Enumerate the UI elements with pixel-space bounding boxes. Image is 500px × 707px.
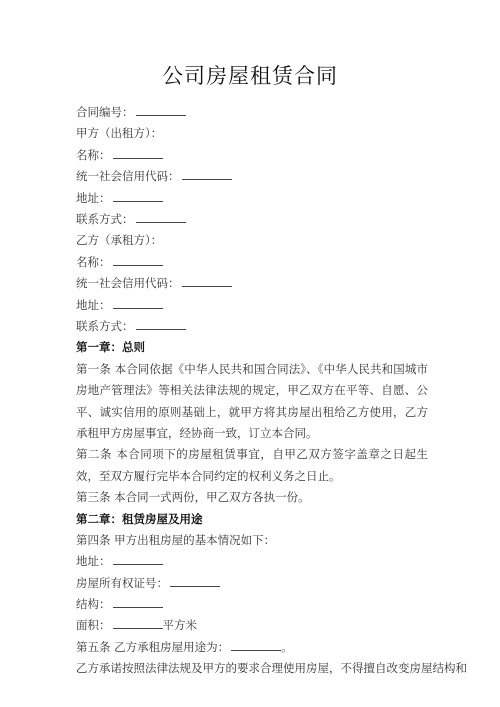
party-a-credit-code-field: 统一社会信用代码： xyxy=(76,166,428,187)
article-1: 第一条 本合同依据《中华人民共和国合同法》、《中华人民共和国城市房地产管理法》等… xyxy=(76,359,428,445)
chapter-2-heading: 第二章：租赁房屋及用途 xyxy=(76,509,428,530)
blank-line xyxy=(113,253,163,266)
party-b-address-field: 地址： xyxy=(76,295,428,316)
tenant-commitment: 乙方承诺按照法律法规及甲方的要求合理使用房屋，不得擅自改变房屋结构和 xyxy=(76,658,428,679)
blank-line xyxy=(170,574,220,587)
party-a-contact-field: 联系方式： xyxy=(76,209,428,230)
article-3: 第三条 本合同一式两份，甲乙双方各执一份。 xyxy=(76,487,428,508)
blank-line xyxy=(113,189,163,202)
property-address-field: 地址： xyxy=(76,551,428,572)
blank-line xyxy=(113,595,163,608)
field-label: 地址： xyxy=(76,298,111,312)
field-label: 房屋所有权证号： xyxy=(76,576,168,590)
field-label: 统一社会信用代码： xyxy=(76,169,180,183)
party-a-address-field: 地址： xyxy=(76,188,428,209)
field-label: 合同编号： xyxy=(76,105,134,119)
chapter-1-heading: 第一章：总则 xyxy=(76,337,428,358)
blank-line xyxy=(136,317,186,330)
document-title: 公司房屋租赁合同 xyxy=(0,60,500,90)
blank-line xyxy=(113,616,163,629)
blank-line xyxy=(113,296,163,309)
document-page: 公司房屋租赁合同 合同编号： 甲方（出租方）： 名称： 统一社会信用代码： 地址… xyxy=(0,0,500,707)
party-a-heading: 甲方（出租方）： xyxy=(76,123,428,144)
blank-line xyxy=(231,638,281,651)
field-label: 面积： xyxy=(76,618,111,632)
contract-number-field: 合同编号： xyxy=(76,102,428,123)
blank-line xyxy=(113,552,163,565)
party-b-heading: 乙方（承租方）： xyxy=(76,230,428,251)
field-label: 名称： xyxy=(76,255,111,269)
area-field: 面积：平方米 xyxy=(76,615,428,636)
document-body: 合同编号： 甲方（出租方）： 名称： 统一社会信用代码： 地址： 联系方式： 乙… xyxy=(76,102,428,680)
structure-field: 结构： xyxy=(76,594,428,615)
party-b-credit-code-field: 统一社会信用代码： xyxy=(76,273,428,294)
party-a-name-field: 名称： xyxy=(76,145,428,166)
article-5-end: 。 xyxy=(281,640,293,654)
field-label: 名称： xyxy=(76,148,111,162)
article-4: 第四条 甲方出租房屋的基本情况如下： xyxy=(76,530,428,551)
article-2: 第二条 本合同项下的房屋租赁事宜，自甲乙双方签字盖章之日起生效，至双方履行完毕本… xyxy=(76,444,428,487)
field-label: 结构： xyxy=(76,597,111,611)
field-label: 联系方式： xyxy=(76,319,134,333)
blank-line xyxy=(182,167,232,180)
field-label: 地址： xyxy=(76,554,111,568)
blank-line xyxy=(113,146,163,159)
blank-line xyxy=(136,210,186,223)
area-unit: 平方米 xyxy=(163,618,198,632)
field-label: 统一社会信用代码： xyxy=(76,276,180,290)
blank-line xyxy=(136,103,186,116)
field-label: 第五条 乙方承租房屋用途为： xyxy=(76,640,229,654)
ownership-cert-field: 房屋所有权证号： xyxy=(76,573,428,594)
blank-line xyxy=(182,274,232,287)
article-5: 第五条 乙方承租房屋用途为：。 xyxy=(76,637,428,658)
party-b-name-field: 名称： xyxy=(76,252,428,273)
field-label: 联系方式： xyxy=(76,212,134,226)
party-b-contact-field: 联系方式： xyxy=(76,316,428,337)
field-label: 地址： xyxy=(76,191,111,205)
